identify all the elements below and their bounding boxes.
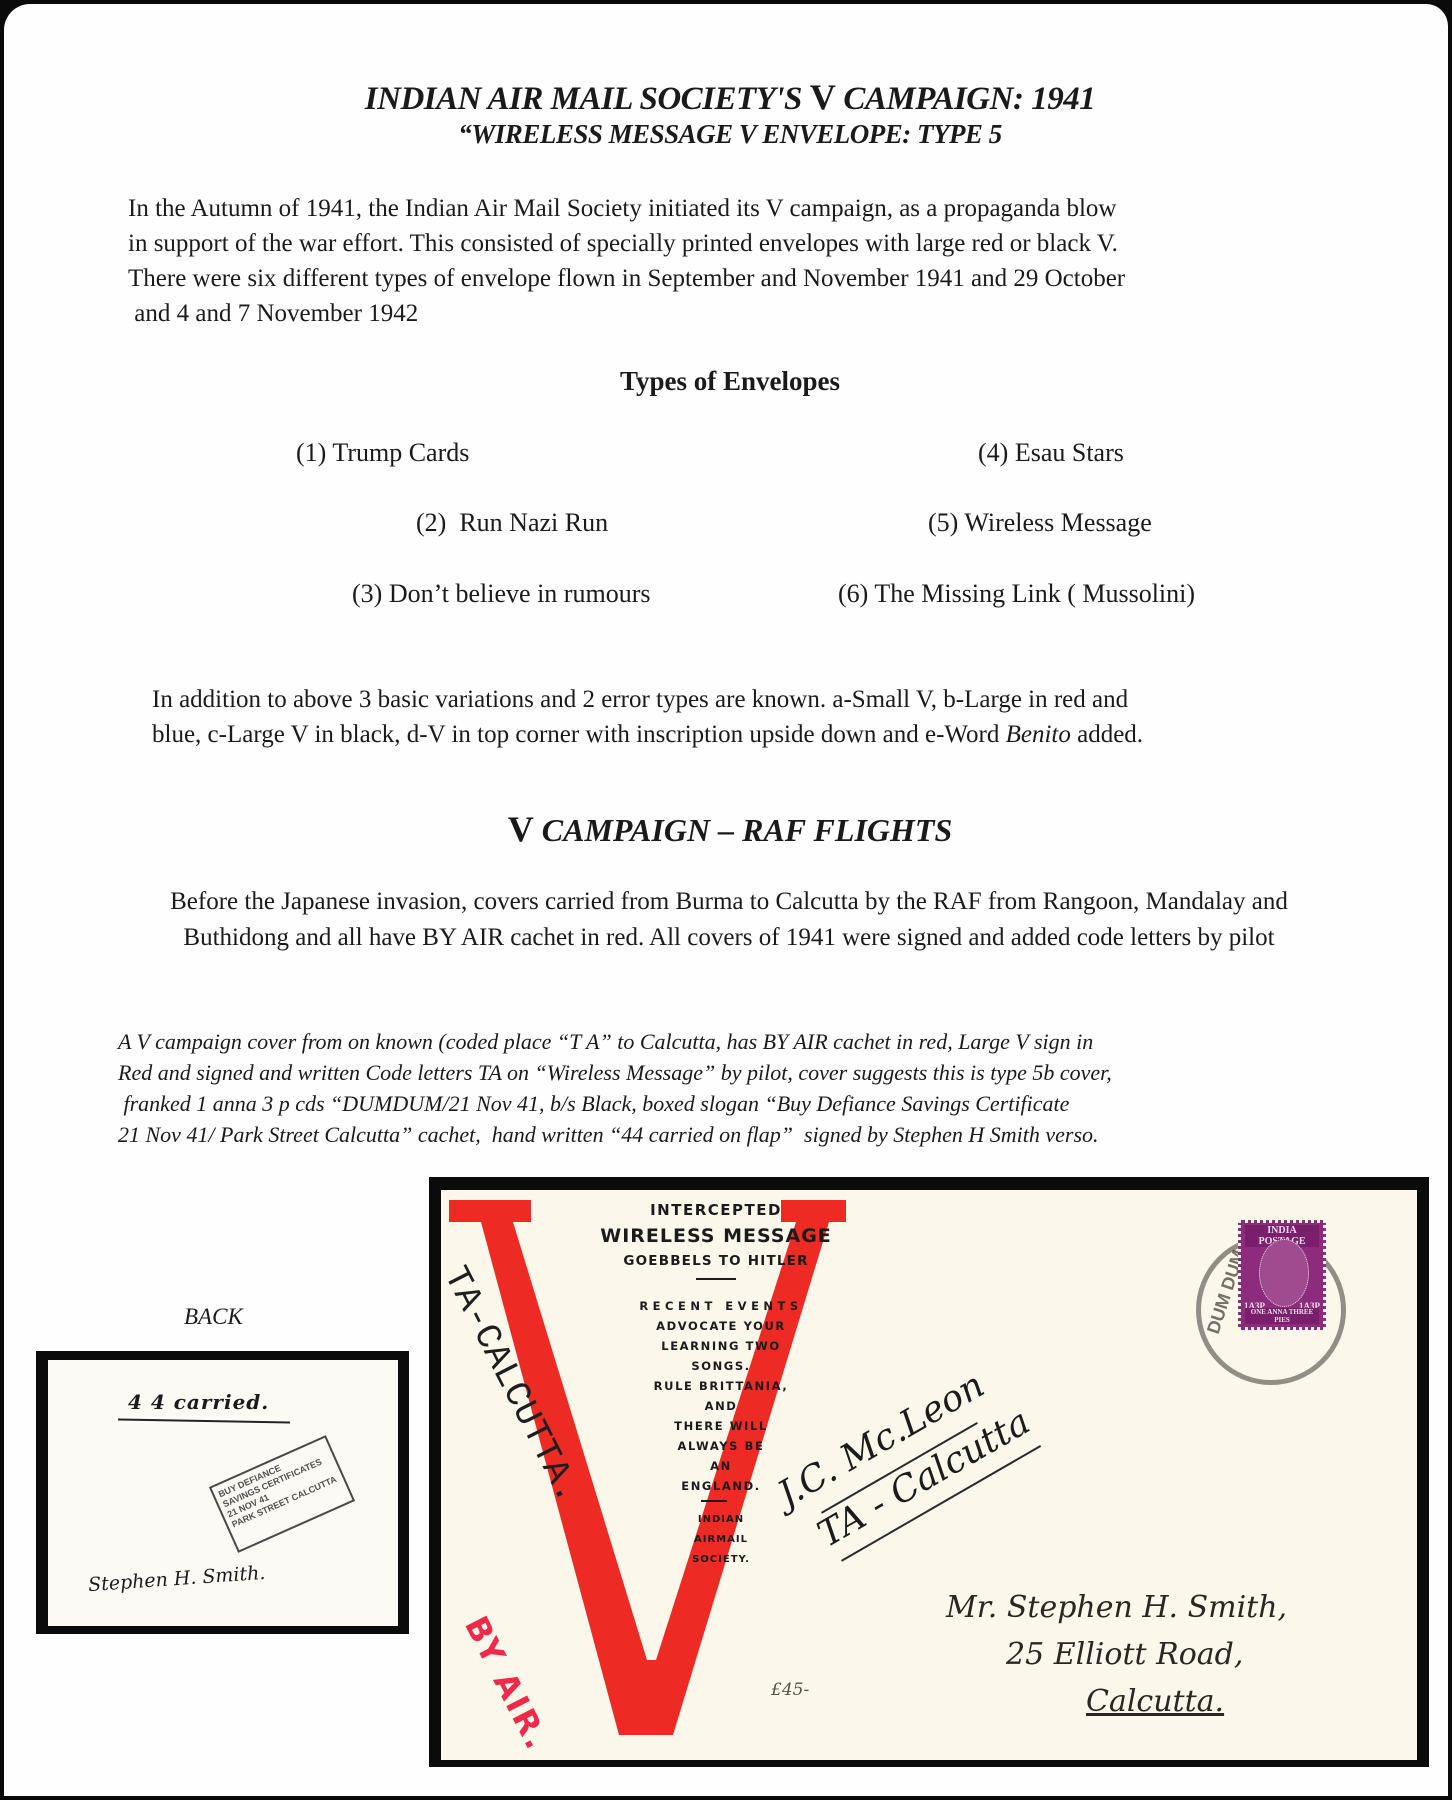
type-num: (2) <box>416 508 446 537</box>
signature: Stephen H. Smith. <box>87 1562 266 1596</box>
divider <box>696 1278 736 1280</box>
variations-line: In addition to above 3 basic variations … <box>152 682 1352 717</box>
cover-description: A V campaign cover from on known (coded … <box>118 1026 1418 1150</box>
page-subtitle: “WIRELESS MESSAGE V ENVELOPE: TYPE 5 <box>4 119 1452 150</box>
type-label: Don’t believe in rumours <box>389 579 651 608</box>
raf-paragraph: Before the Japanese invasion, covers car… <box>124 884 1334 956</box>
caption-line: A V campaign cover from on known (coded … <box>118 1026 1418 1057</box>
type-item-1: (1) Trump Cards <box>296 438 469 468</box>
raf-heading-text: CAMPAIGN – RAF FLIGHTS <box>534 812 952 848</box>
type-item-5: (5) Wireless Message <box>928 508 1152 538</box>
envelope-heading-small: INTERCEPTED <box>546 1201 886 1219</box>
variations-text: added. <box>1071 721 1143 748</box>
type-num: (3) <box>352 579 382 608</box>
intro-line: In the Autumn of 1941, the Indian Air Ma… <box>128 191 1358 226</box>
message-line: THERE WILL <box>571 1416 871 1436</box>
intro-line: in support of the war effort. This consi… <box>128 226 1358 261</box>
variations-line: blue, c-Large V in black, d-V in top cor… <box>152 717 1352 752</box>
variations-paragraph: In addition to above 3 basic variations … <box>152 682 1352 752</box>
raf-heading: V CAMPAIGN – RAF FLIGHTS <box>4 808 1452 850</box>
address-line: Calcutta. <box>1086 1684 1224 1719</box>
stamp-bottom-label: ONE ANNA THREE PIES <box>1245 1308 1319 1324</box>
type-num: (1) <box>296 438 326 467</box>
address-line: 25 Elliott Road, <box>1006 1637 1243 1672</box>
type-item-4: (4) Esau Stars <box>978 438 1124 468</box>
type-label: Trump Cards <box>332 438 469 467</box>
front-cover-image: INTERCEPTED WIRELESS MESSAGE GOEBBELS TO… <box>441 1190 1417 1760</box>
envelope-heading-large: WIRELESS MESSAGE <box>546 1225 886 1247</box>
type-item-3: (3) Don’t believe in rumours <box>352 579 650 609</box>
caption-line: franked 1 anna 3 p cds “DUMDUM/21 Nov 41… <box>118 1088 1418 1119</box>
address-line: Mr. Stephen H. Smith, <box>946 1590 1287 1625</box>
types-heading: Types of Envelopes <box>4 366 1452 397</box>
type-item-2: (2) Run Nazi Run <box>416 508 608 538</box>
price-note: £45- <box>771 1680 809 1700</box>
page-title: INDIAN AIR MAIL SOCIETY'SVCAMPAIGN: 1941 <box>4 76 1452 118</box>
message-line: LEARNING TWO <box>571 1336 871 1356</box>
message-line: RECENT EVENTS <box>571 1296 871 1316</box>
intro-line: There were six different types of envelo… <box>128 261 1358 296</box>
type-num: (6) <box>838 579 868 608</box>
type-label: Wireless Message <box>964 508 1151 537</box>
note-underline <box>118 1418 290 1423</box>
message-line: RULE BRITTANIA, <box>571 1376 871 1396</box>
message-line: SONGS. <box>571 1356 871 1376</box>
postage-stamp: INDIA POSTAGE 1A3P 1A3P ONE ANNA THREE P… <box>1238 1220 1326 1330</box>
type-label: Run Nazi Run <box>453 508 608 537</box>
handwritten-note: 4 4 carried. <box>128 1390 269 1414</box>
boxed-slogan-cachet: BUY DEFIANCE SAVINGS CERTIFICATES 21 NOV… <box>209 1435 355 1553</box>
caption-line: Red and signed and written Code letters … <box>118 1057 1418 1088</box>
raf-heading-v: V <box>508 809 534 849</box>
variations-italic: Benito <box>1006 721 1071 748</box>
variations-text: blue, c-Large V in black, d-V in top cor… <box>152 721 1006 748</box>
message-line: AND <box>571 1396 871 1416</box>
message-line: ADVOCATE YOUR <box>571 1316 871 1336</box>
title-v: V <box>802 77 844 117</box>
type-num: (5) <box>928 508 958 537</box>
divider <box>701 1500 727 1502</box>
intro-line: and 4 and 7 November 1942 <box>128 296 1358 331</box>
king-portrait-icon <box>1259 1239 1309 1307</box>
back-cover-image: 4 4 carried. BUY DEFIANCE SAVINGS CERTIF… <box>48 1360 398 1626</box>
type-num: (4) <box>978 438 1008 467</box>
album-page: INDIAN AIR MAIL SOCIETY'SVCAMPAIGN: 1941… <box>4 4 1448 1796</box>
type-item-6: (6) The Missing Link ( Mussolini) <box>838 579 1195 609</box>
back-label: BACK <box>184 1304 243 1330</box>
envelope-heading-sub: GOEBBELS TO HITLER <box>546 1253 886 1269</box>
title-prefix: INDIAN AIR MAIL SOCIETY'S <box>365 81 802 117</box>
type-label: The Missing Link ( Mussolini) <box>874 579 1195 608</box>
caption-line: 21 Nov 41/ Park Street Calcutta” cachet,… <box>118 1119 1418 1150</box>
type-label: Esau Stars <box>1015 438 1124 467</box>
title-suffix: CAMPAIGN: 1941 <box>843 81 1095 117</box>
intro-paragraph: In the Autumn of 1941, the Indian Air Ma… <box>128 191 1358 331</box>
society-line: SOCIETY. <box>571 1550 871 1570</box>
